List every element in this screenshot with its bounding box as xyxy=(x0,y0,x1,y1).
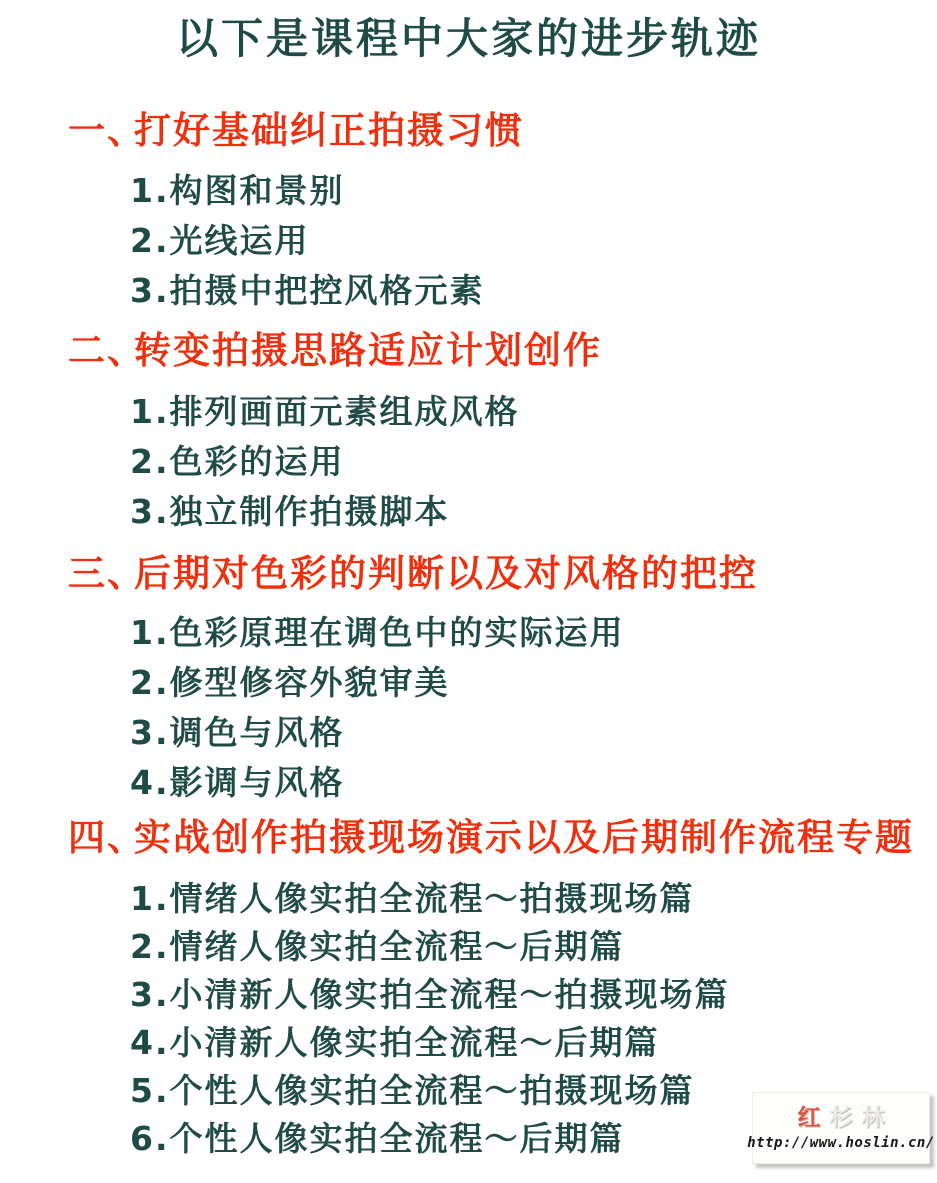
watermark-site-name-first: 红 xyxy=(798,1105,830,1131)
list-item: 2.情绪人像实拍全流程～后期篇 xyxy=(130,923,937,971)
list-item: 3.独立制作拍摄脚本 xyxy=(130,487,937,537)
list-item: 3.调色与风格 xyxy=(130,708,937,758)
list-item: 2.修型修容外貌审美 xyxy=(130,658,937,708)
section-1-number: 一、 xyxy=(68,100,134,154)
section-4-heading: 实战创作拍摄现场演示以及后期制作流程专题 xyxy=(134,807,914,861)
list-item: 4.影调与风格 xyxy=(130,758,937,808)
watermark-url: http://www.hoslin.cn/ xyxy=(747,1135,935,1151)
watermark-badge: 红杉林 http://www.hoslin.cn/ xyxy=(752,1092,930,1164)
list-item: 3.拍摄中把控风格元素 xyxy=(130,266,937,316)
section-1-header: 一、 打好基础纠正拍摄习惯 xyxy=(0,100,937,154)
section-1-items: 1.构图和景别 2.光线运用 3.拍摄中把控风格元素 xyxy=(0,166,937,316)
section-1: 一、 打好基础纠正拍摄习惯 1.构图和景别 2.光线运用 3.拍摄中把控风格元素 xyxy=(0,100,937,316)
section-4-number: 四、 xyxy=(68,807,134,861)
list-item: 1.排列画面元素组成风格 xyxy=(130,387,937,437)
watermark-site-name: 红杉林 xyxy=(789,1105,894,1131)
list-item: 3.小清新人像实拍全流程～拍摄现场篇 xyxy=(130,971,937,1019)
list-item: 1.情绪人像实拍全流程～拍摄现场篇 xyxy=(130,875,937,923)
section-3-number: 三、 xyxy=(68,543,134,597)
section-2-number: 二、 xyxy=(68,320,134,374)
section-4-header: 四、 实战创作拍摄现场演示以及后期制作流程专题 xyxy=(0,807,937,861)
watermark-site-name-rest: 杉林 xyxy=(830,1105,894,1131)
section-2-items: 1.排列画面元素组成风格 2.色彩的运用 3.独立制作拍摄脚本 xyxy=(0,387,937,537)
list-item: 2.色彩的运用 xyxy=(130,437,937,487)
section-3-items: 1.色彩原理在调色中的实际运用 2.修型修容外貌审美 3.调色与风格 4.影调与… xyxy=(0,608,937,808)
section-3: 三、 后期对色彩的判断以及对风格的把控 1.色彩原理在调色中的实际运用 2.修型… xyxy=(0,543,937,808)
section-3-header: 三、 后期对色彩的判断以及对风格的把控 xyxy=(0,543,937,597)
list-item: 1.构图和景别 xyxy=(130,166,937,216)
section-3-heading: 后期对色彩的判断以及对风格的把控 xyxy=(134,543,758,597)
list-item: 4.小清新人像实拍全流程～后期篇 xyxy=(130,1019,937,1067)
list-item: 2.光线运用 xyxy=(130,216,937,266)
page-title: 以下是课程中大家的进步轨迹 xyxy=(0,6,937,66)
section-2-header: 二、 转变拍摄思路适应计划创作 xyxy=(0,320,937,374)
course-progress-poster: 以下是课程中大家的进步轨迹 一、 打好基础纠正拍摄习惯 1.构图和景别 2.光线… xyxy=(0,0,937,1183)
section-1-heading: 打好基础纠正拍摄习惯 xyxy=(134,100,524,154)
section-2: 二、 转变拍摄思路适应计划创作 1.排列画面元素组成风格 2.色彩的运用 3.独… xyxy=(0,320,937,537)
list-item: 1.色彩原理在调色中的实际运用 xyxy=(130,608,937,658)
section-2-heading: 转变拍摄思路适应计划创作 xyxy=(134,320,602,374)
